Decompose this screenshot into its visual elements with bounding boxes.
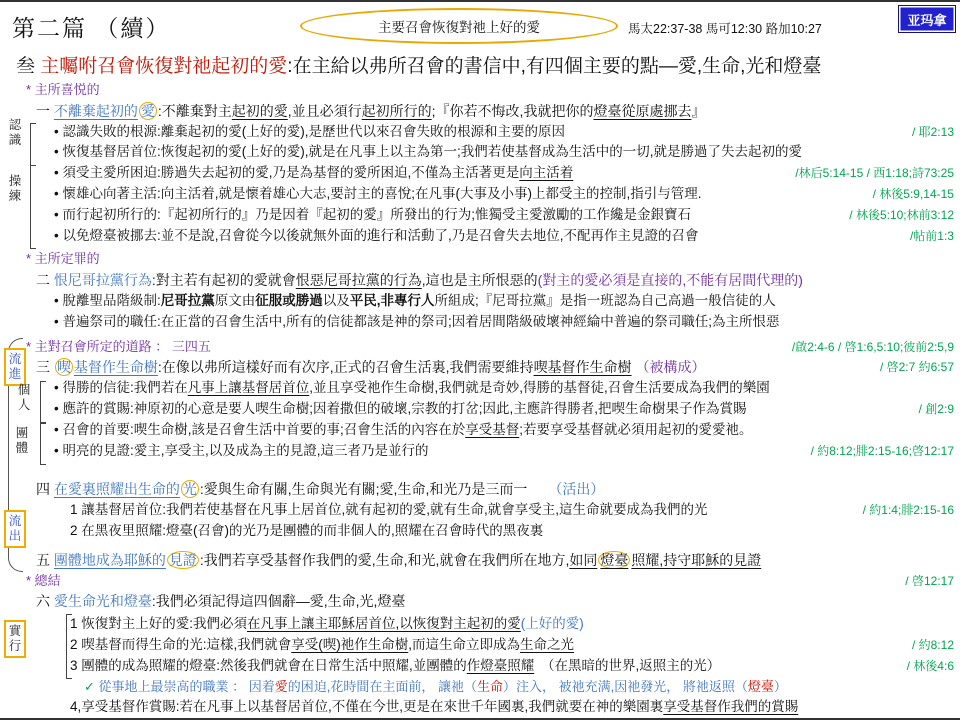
text-run: 團體地成為耶穌的 (54, 552, 166, 568)
text-run: :我們若享受基督作我們的愛,生命,和光,就會在我們所在地方, (200, 552, 569, 568)
text-run: (對主的愛必須是直接的,不能有居間代理的) (538, 272, 803, 288)
margin-label-know: 認識 (7, 118, 23, 148)
margin-label-practice: 操練 (7, 174, 23, 204)
check-note: ✓ 從事地上最崇高的職業 ： 因着愛的困迫,花時間在主面前， 讓祂（生命）注入，… (0, 677, 960, 698)
text-run: 起初所行的 (362, 103, 432, 119)
page-title: 第二篇 （續） (12, 10, 170, 43)
scripture-ref: /帖前1:3 (910, 226, 954, 247)
text-run: • 普遍祭司的職任:在正當的召會生活中,所有的信徒都該是神的祭司;因着居間階級破… (54, 314, 779, 329)
text-run: 享受基督 (465, 422, 519, 437)
text-run: 如同 (569, 552, 597, 568)
text-run: 向主活着 (519, 165, 573, 180)
heading-san: 叁 主囑咐召會恢復對祂起初的愛:在主給以弗所召會的書信中,有四個主要的點—愛,生… (0, 54, 960, 80)
margin-label-flow-in: 流進 (4, 348, 26, 386)
text-run: 享受(喫)祂作生命樹 (291, 637, 408, 652)
text-run: 六 (36, 593, 54, 609)
text-run: 凡事上讓基督居首位 (188, 380, 310, 395)
text-run: （活出） (555, 481, 604, 497)
text-run: (上好的愛) (521, 616, 584, 631)
text-run: （在黑暗的世界,返照主的光） (534, 658, 720, 673)
section-2: 二 恨尼哥拉黨行為:對主若有起初的愛就會恨惡尼哥拉黨的行為,這也是主所恨惡的(對… (0, 270, 960, 291)
bracket-know (30, 123, 36, 166)
margin-label-personal: 個人 (16, 383, 32, 413)
scripture-ref: / 啓12:17 (905, 571, 954, 592)
text-run: • 須受主愛所困迫:勝過失去起初的愛,乃是為基督的愛所困迫,不僅為主活著更是 (54, 165, 519, 180)
text-run: 燈臺 (748, 679, 774, 694)
text-run: :我們必須記得這四個辭—愛,生命,光,燈臺 (152, 593, 406, 609)
text-run: 愛生命光和燈臺 (54, 593, 152, 609)
text-run: 愛 (275, 679, 288, 694)
scripture-ref: / 林後4:6 (907, 656, 954, 677)
text-run: 喫基督作生命樹 (534, 359, 632, 375)
text-run: 從事地上最崇高的職業 ： 因着 (99, 679, 275, 694)
text-run: • 而行起初所行的:『起初所行的』乃是因着『起初的愛』所發出的行为;惟獨受主愛激… (54, 207, 691, 222)
text-run: • 認識失敗的根源:離棄起初的愛(上好的愛),是歷世代以來召會失敗的根源和主要的… (54, 124, 565, 139)
circled-keyword: 燈臺 (598, 551, 630, 569)
item-6-1: 1 恢復對主上好的愛:我們必須在凡事上讓主耶穌居首位,以恢復對主起初的愛(上好的… (0, 614, 960, 635)
text-run: * 主對召會所定的道路 ： 三四五 (26, 339, 211, 354)
bracket-practice-steps (66, 614, 72, 679)
scripture-ref: / 約8:12;腓2:15-16;啓12:17 (811, 441, 954, 462)
text-run: 2 在黑夜里照耀:燈臺(召會)的光乃是團體的而非個人的,照耀在召會時代的黑夜裏 (70, 523, 543, 538)
text-run: • 恢復基督居首位:恢復起初的愛(上好的愛),就是在凡事上以主為第一;我們若使基… (54, 144, 802, 159)
text-run: 』 (691, 103, 705, 119)
text-run: 不離棄起初的 (54, 103, 138, 119)
bullet-3-3: • 召會的首要:喫生命樹,該是召會生活中首要的事;召會生活的內容在於享受基督;若… (0, 420, 960, 441)
text-run: 作燈臺照耀 (467, 658, 535, 673)
bracket-corporate (40, 423, 46, 465)
section-1: 一 不離棄起初的愛:不離棄對主起初的愛,並且必須行起初所行的;『你若不悔改,我就… (0, 101, 960, 122)
text-run: 4,享受基督作賞賜:若在凡事上以基督居首位,不僅在今世,更是在來世千年國裏,我們… (70, 699, 663, 714)
margin-label-practice-steps: 實行 (4, 620, 26, 658)
text-run: ,並且享受祂作生命樹,我們就是奇妙,得勝的基督徒,召會生活要成為我們的樂園 (309, 380, 770, 395)
bracket-personal (40, 381, 46, 423)
text-run: • 應許的賞賜:神原初的心意是要人喫生命樹;因着撒但的破壞,宗教的打岔;因此,主… (54, 401, 746, 416)
bullet-2-1: • 脫離聖品階級制:尼哥拉黨原文由征服或勝過以及平民,非專行人所組成;『尼哥拉黨… (0, 291, 960, 312)
text-run: ;『你若不悔改,我就把你的 (432, 103, 594, 119)
text-run: 生命之光 (520, 637, 574, 652)
label-condemned: * 主所定罪的 (0, 249, 960, 270)
bullet-1-6: • 以免燈臺被挪去:並不是說,召會從今以後就無外面的進行和活動了,乃是召會失去地… (0, 226, 960, 247)
circled-keyword: 見證 (167, 551, 199, 569)
text-run: 享受基督作我們的賞賜 (663, 699, 798, 714)
text-run: 二 (36, 272, 54, 288)
text-run: 燈臺從原處挪去 (593, 103, 691, 119)
text-run: 3 團體的成為照耀的燈臺:然後我們就會在日常生活中照耀,並團體的 (70, 658, 467, 673)
subject-oval: 主要召會恢復對祂上好的愛 (300, 8, 618, 44)
bullet-3-1: • 得勝的信徒:我們若在凡事上讓基督居首位,並且享受祂作生命樹,我們就是奇妙,得… (0, 378, 960, 399)
text-run: 原文由 (215, 293, 256, 308)
section-5: 五 團體地成為耶穌的見證:我們若享受基督作我們的愛,生命,和光,就會在我們所在地… (0, 550, 960, 571)
scripture-ref: /林后5:14-15 / 西1:18;詩73:25 (795, 163, 954, 184)
text-run: • 得勝的信徒:我們若在 (54, 380, 188, 395)
bullet-1-5: • 而行起初所行的:『起初所行的』乃是因着『起初的愛』所發出的行为;惟獨受主愛激… (0, 205, 960, 226)
label-summary: * 總結/ 啓12:17 (0, 571, 960, 592)
text-run: 以及 (323, 293, 350, 308)
scripture-ref: / 林後5:10;林前3:12 (849, 205, 954, 226)
margin-label-corporate: 團體 (14, 426, 30, 456)
text-run: • 召會的首要:喫生命樹,該是召會生活中首要的事;召會生活的內容在於 (54, 422, 465, 437)
text-run: * 主所定罪的 (26, 251, 100, 266)
section-6: 六 愛生命光和燈臺:我們必須記得這四個辭—愛,生命,光,燈臺 (0, 591, 960, 612)
item-6-3: 3 團體的成為照耀的燈臺:然後我們就會在日常生活中照耀,並團體的作燈臺照耀 （在… (0, 656, 960, 677)
bullet-3-4: • 明亮的見證:愛主,享受主,以及成為主的見證,這三者乃是並行的/ 約8:12;… (0, 441, 960, 462)
text-run: ） (774, 679, 787, 694)
text-run: * 總結 (26, 573, 61, 588)
section-4: 四 在愛裏照耀出生命的光:愛與生命有關,生命與光有關;愛,生命,和光乃是三而一 … (0, 479, 960, 500)
text-run: 生命 (477, 679, 503, 694)
amana-badge: 亚玛拿 (898, 5, 956, 33)
text-run: * 主所喜悦的 (26, 82, 100, 97)
text-run: 尼哥拉黨 (161, 293, 215, 308)
text-run (527, 481, 555, 497)
text-run: 平民,非專行人 (350, 293, 435, 308)
text-run: 恨惡尼哥拉黨的行為 (296, 272, 422, 288)
text-run: 主囑咐召會恢復對祂起初的愛 (40, 56, 287, 77)
text-run: ,這也是主所恨惡的 (422, 272, 538, 288)
circled-keyword: 喫 (55, 358, 73, 376)
text-run: 五 (36, 552, 54, 568)
bracket-practice (30, 165, 36, 249)
text-run: 三 (36, 359, 54, 375)
text-run: • 懷雄心向著主活:向主活着,就是懷着雄心大志,要討主的喜悅;在凡事(大事及小事… (54, 186, 701, 201)
bullet-2-2: • 普遍祭司的職任:在正當的召會生活中,所有的信徒都該是神的祭司;因着居間階級破… (0, 312, 960, 333)
label-pleasing: * 主所喜悦的 (0, 80, 960, 101)
bullet-1-4: • 懷雄心向著主活:向主活着,就是懷着雄心大志,要討主的喜悅;在凡事(大事及小事… (0, 184, 960, 205)
outline-lines: 叁 主囑咐召會恢復對祂起初的愛:在主給以弗所召會的書信中,有四個主要的點—愛,生… (0, 54, 960, 718)
text-run: 在凡事上讓主耶穌居首位,以恢復對主起初的愛 (247, 616, 521, 631)
text-run: 1 恢復對主上好的愛:我們必須 (70, 616, 247, 631)
text-run: 基督作生命樹 (74, 359, 158, 375)
scripture-ref: / 林後5:9,14-15 (873, 184, 954, 205)
scripture-ref: /啟2:4-6 / 啓1:6,5:10;彼前2:5,9 (792, 337, 954, 358)
text-run: 所組成;『尼哥拉黨』是指一班認為自己高過一般信徒的人 (435, 293, 776, 308)
text-run: :愛與生命有關,生命與光有關;愛,生命,和光乃是三而一 (200, 481, 527, 497)
text-run: 在愛裏照耀出生命的 (54, 481, 180, 497)
text-run: 2 喫基督而得生命的光:這樣,我們就會 (70, 637, 291, 652)
text-run: 的困迫,花時間在主面前， 讓祂（ (288, 679, 477, 694)
scripture-ref: / 耶2:13 (912, 122, 954, 143)
section-3: 三 喫基督作生命樹:在像以弗所這樣好而有次序,正式的召會生活裏,我們需要維持喫基… (0, 357, 960, 378)
bullet-3-2: • 應許的賞賜:神原初的心意是要人喫生命樹;因着撒但的破壞,宗教的打岔;因此,主… (0, 399, 960, 420)
text-run: ;若要享受基督就必須用起初的愛愛祂。 (519, 422, 752, 437)
margin-label-flow-out: 流出 (4, 510, 26, 548)
scripture-ref: / 約1:4;腓2:15-16 (863, 500, 954, 521)
text-run: 征服或勝過 (255, 293, 323, 308)
circled-keyword: 光 (181, 480, 199, 498)
text-run: :對主若有起初的愛就會 (152, 272, 296, 288)
item-4-2: 2 在黑夜里照耀:燈臺(召會)的光乃是團體的而非個人的,照耀在召會時代的黑夜裏 (0, 521, 960, 542)
text-run: ✓ (84, 679, 99, 694)
text-run: :在主給以弗所召會的書信中,有四個主要的點—愛,生命,光和燈臺 (287, 56, 821, 77)
text-run: :不離棄對主 (158, 103, 232, 119)
item-6-2: 2 喫基督而得生命的光:這樣,我們就會享受(喫)祂作生命樹,而這生命立即成為生命… (0, 635, 960, 656)
text-run: 一 (36, 103, 54, 119)
text-run: 照耀,持守耶穌的見證 (631, 552, 761, 568)
text-run: 四 (36, 481, 54, 497)
bullet-1-3: • 須受主愛所困迫:勝過失去起初的愛,乃是為基督的愛所困迫,不僅為主活著更是向主… (0, 163, 960, 184)
text-run: （被構成） (635, 359, 705, 375)
bullet-1-2: • 恢復基督居首位:恢復起初的愛(上好的愛),就是在凡事上以主為第一;我們若使基… (0, 142, 960, 163)
subject-oval-text: 主要召會恢復對祂上好的愛 (378, 16, 540, 36)
scripture-ref: / 約8:12 (912, 635, 954, 656)
item-4-1: 1 讓基督居首位:我們若使基督在凡事上居首位,就有起初的愛,就有生命,就會享受主… (0, 500, 960, 521)
text-run: ,並且必須行 (288, 103, 362, 119)
text-run: 1 讓基督居首位:我們若使基督在凡事上居首位,就有起初的愛,就有生命,就會享受主… (70, 502, 708, 517)
text-run: :在像以弗所這樣好而有次序,正式的召會生活裏,我們需要維持 (158, 359, 534, 375)
text-run: • 以免燈臺被挪去:並不是說,召會從今以後就無外面的進行和活動了,乃是召會失去地… (54, 228, 698, 243)
bullet-1-1: • 認識失敗的根源:離棄起初的愛(上好的愛),是歷世代以來召會失敗的根源和主要的… (0, 122, 960, 143)
text-run: • 脫離聖品階級制: (54, 293, 161, 308)
scripture-ref: / 創2:9 (919, 399, 954, 420)
text-run: 起初的愛 (232, 103, 288, 119)
scripture-ref: / 啓2:7 約6:57 (880, 357, 954, 378)
verse-references: 馬太22:37-38 馬可12:30 路加10:27 (628, 19, 822, 37)
circled-keyword: 愛 (139, 102, 157, 120)
text-run: 叁 (16, 56, 40, 77)
label-way: * 主對召會所定的道路 ： 三四五/啟2:4-6 / 啓1:6,5:10;彼前2… (0, 337, 960, 358)
item-6-4: 4,享受基督作賞賜:若在凡事上以基督居首位,不僅在今世,更是在來世千年國裏,我們… (0, 697, 960, 718)
text-run: ）注入， 被祂充满,因祂發光， 將祂返照（ (503, 679, 748, 694)
text-run: 恨尼哥拉黨行為 (54, 272, 152, 288)
text-run: ,而這生命立即成為 (408, 637, 520, 652)
outline-slide: 第二篇 （續） 主要召會恢復對祂上好的愛 馬太22:37-38 馬可12:30 … (0, 0, 960, 720)
text-run: • 明亮的見證:愛主,享受主,以及成為主的見證,這三者乃是並行的 (54, 443, 428, 458)
